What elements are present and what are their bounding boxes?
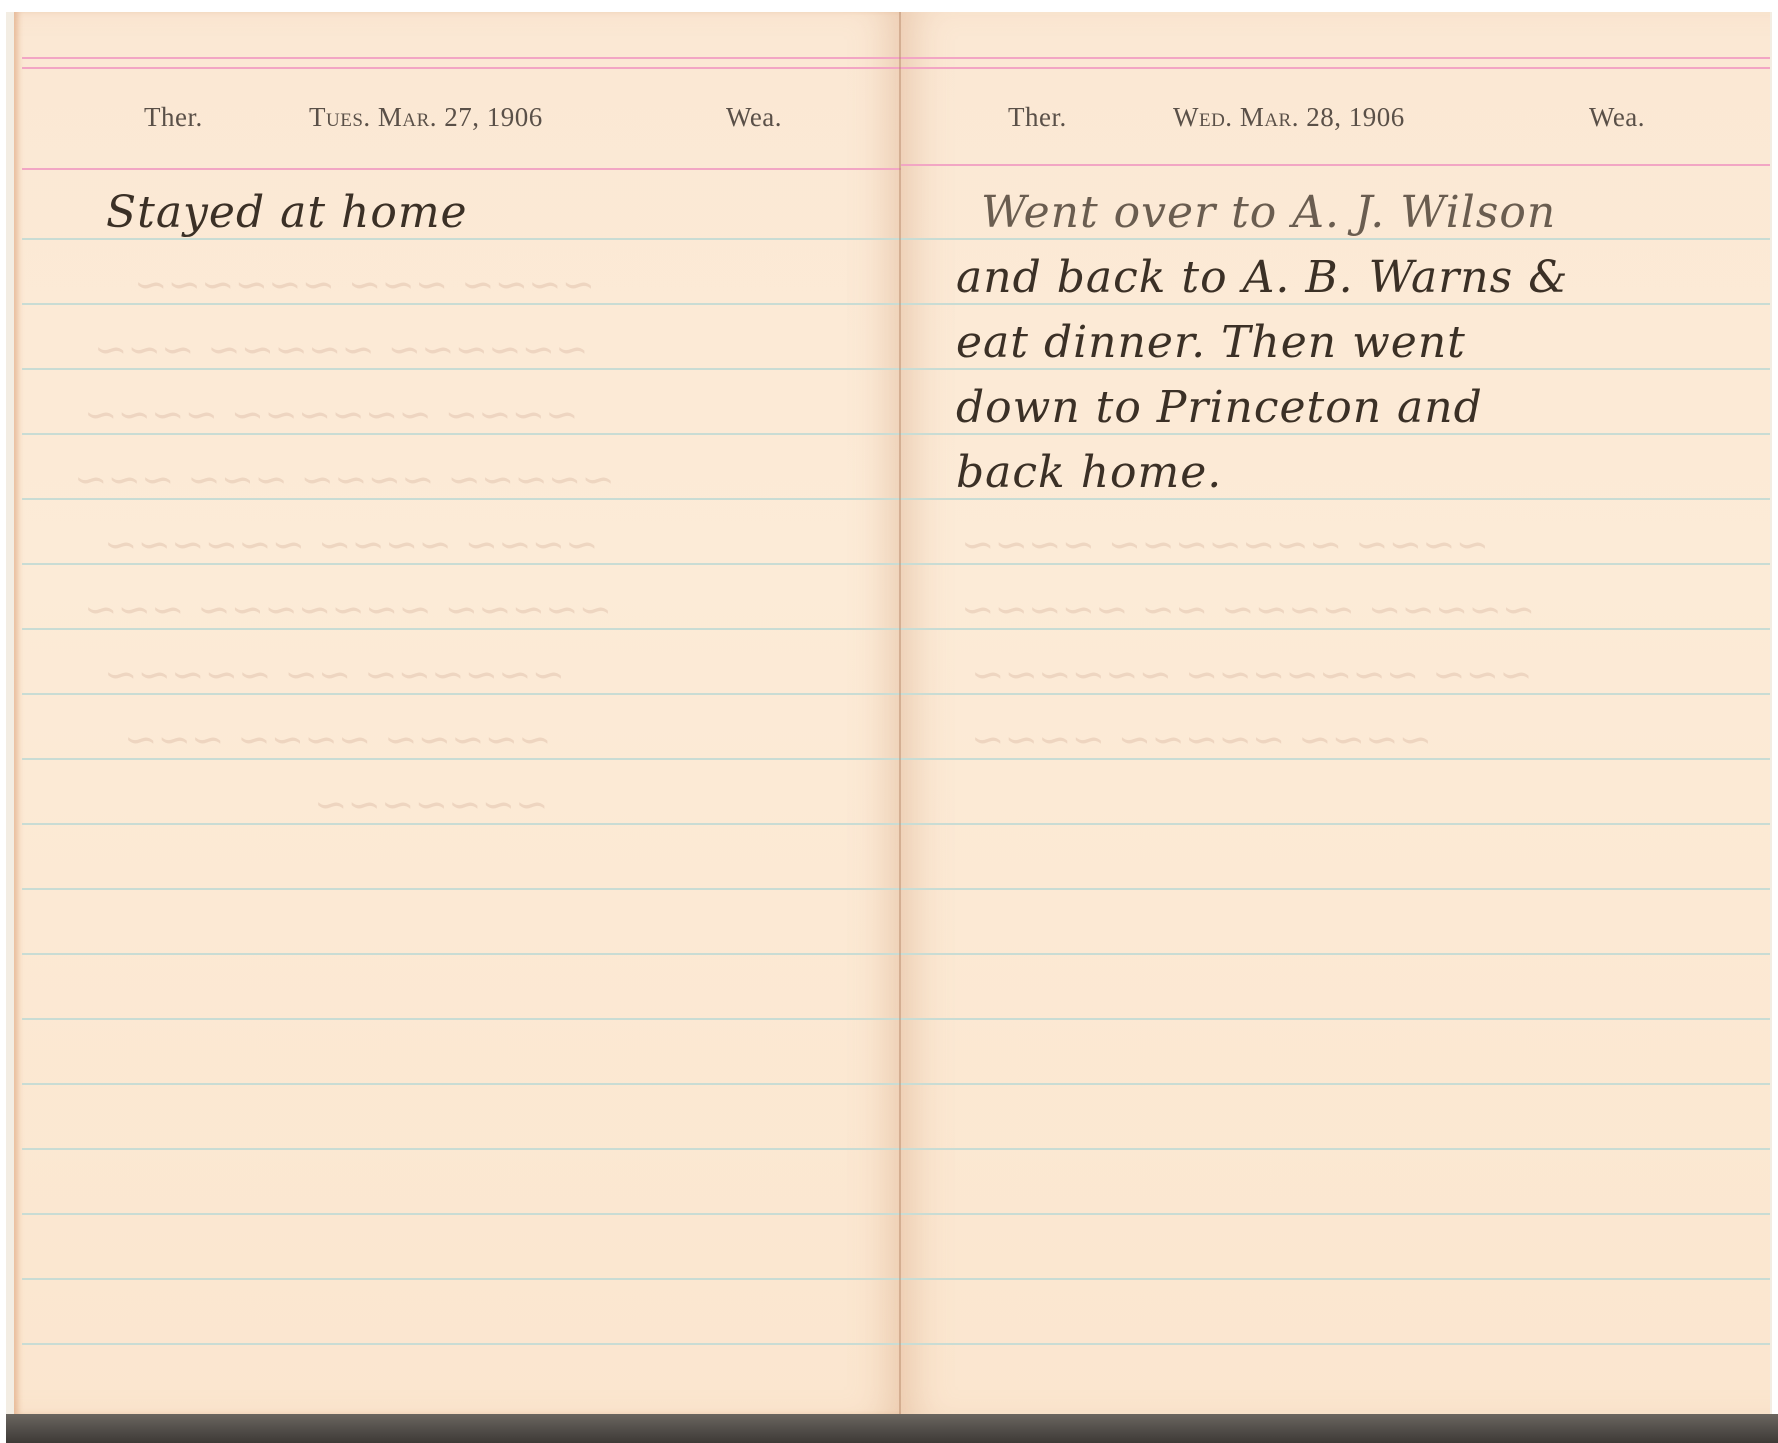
ruled-line [22,1083,901,1085]
ruled-line [22,1018,901,1020]
ruled-line [901,1148,1770,1150]
wea-label: Wea. [726,102,782,133]
ruled-line [901,1018,1770,1020]
bleed-through-text: ~~~~ ~~~~~~~ ~~~~ [961,522,1489,568]
ruled-line [901,498,1770,500]
ther-label: Ther. [144,102,203,133]
bleed-through-text: ~~~~~~ ~~~~~ ~~~ [94,327,589,373]
bleed-through-text: ~~~~ ~~~~ ~~~~~~ [104,522,599,568]
ruled-line [901,303,1770,305]
ruled-line [901,823,1770,825]
bleed-through-text: ~~~ ~~~~~~~ ~~~~~~ [971,652,1533,698]
entry-line: Went over to A. J. Wilson [981,187,1556,238]
ruled-line [901,1083,1770,1085]
header-rule-top-2 [901,67,1770,69]
bleed-through-text: ~~~~ ~~~ ~~~~~~ [134,262,595,308]
header-rule-bottom [22,168,901,170]
ruled-line [901,368,1770,370]
ruled-line [22,1213,901,1215]
ruled-line [901,238,1770,240]
left-page: Ther. Tues. Mar. 27, 1906 Wea. ~~~~ ~~~ [14,12,901,1414]
bleed-through-text: ~~~~ ~~~~~~ ~~~~ [84,392,579,438]
ruled-line [901,953,1770,955]
date-label: Tues. Mar. 27, 1906 [309,102,543,133]
ruled-line [901,888,1770,890]
ruled-line [22,1148,901,1150]
bleed-through-text: ~~~~~ ~~~~ ~~~ [124,717,552,763]
ruled-line [901,1213,1770,1215]
ruled-line [22,1278,901,1280]
ruled-line [901,1343,1770,1345]
header-rule-bottom [901,164,1770,166]
right-page-header: Ther. Wed. Mar. 28, 1906 Wea. [901,102,1770,142]
date-label: Wed. Mar. 28, 1906 [1173,102,1405,133]
right-page: Ther. Wed. Mar. 28, 1906 Wea. ~~~~ ~~~~~… [901,12,1770,1414]
entry-line: down to Princeton and [956,382,1483,433]
ruled-line [901,1278,1770,1280]
bleed-through-text: ~~~~ ~~~~~ ~~~~ [971,717,1432,763]
ther-label: Ther. [1008,102,1067,133]
bleed-through-text: ~~~~~~ ~~ ~~~~~ [104,652,565,698]
wea-label: Wea. [1589,102,1645,133]
header-rule-top [901,57,1770,59]
entry-line: and back to A. B. Warns & [956,252,1568,303]
entry-line: eat dinner. Then went [956,317,1466,368]
diary-spread: Ther. Tues. Mar. 27, 1906 Wea. ~~~~ ~~~ [6,12,1772,1443]
bleed-through-text: ~~~~~ ~~~~ ~~ ~~~~~ [961,587,1535,633]
entry-line: Stayed at home [106,187,468,238]
left-page-header: Ther. Tues. Mar. 27, 1906 Wea. [14,102,901,142]
header-rule-top-2 [22,67,901,69]
ruled-line [22,238,901,240]
ruled-line [22,888,901,890]
bleed-through-text: ~~~~~~~ [314,782,549,828]
entry-line: back home. [956,447,1222,498]
ruled-line [22,953,901,955]
header-rule-top [22,57,901,59]
book-page-edge [6,1414,1778,1443]
ruled-line [22,1343,901,1345]
bleed-through-text: ~~~~~ ~~~~ ~~~ ~~~ [74,457,615,503]
bleed-through-text: ~~~~~ ~~~~~~~ ~~~ [84,587,612,633]
ruled-line [901,433,1770,435]
